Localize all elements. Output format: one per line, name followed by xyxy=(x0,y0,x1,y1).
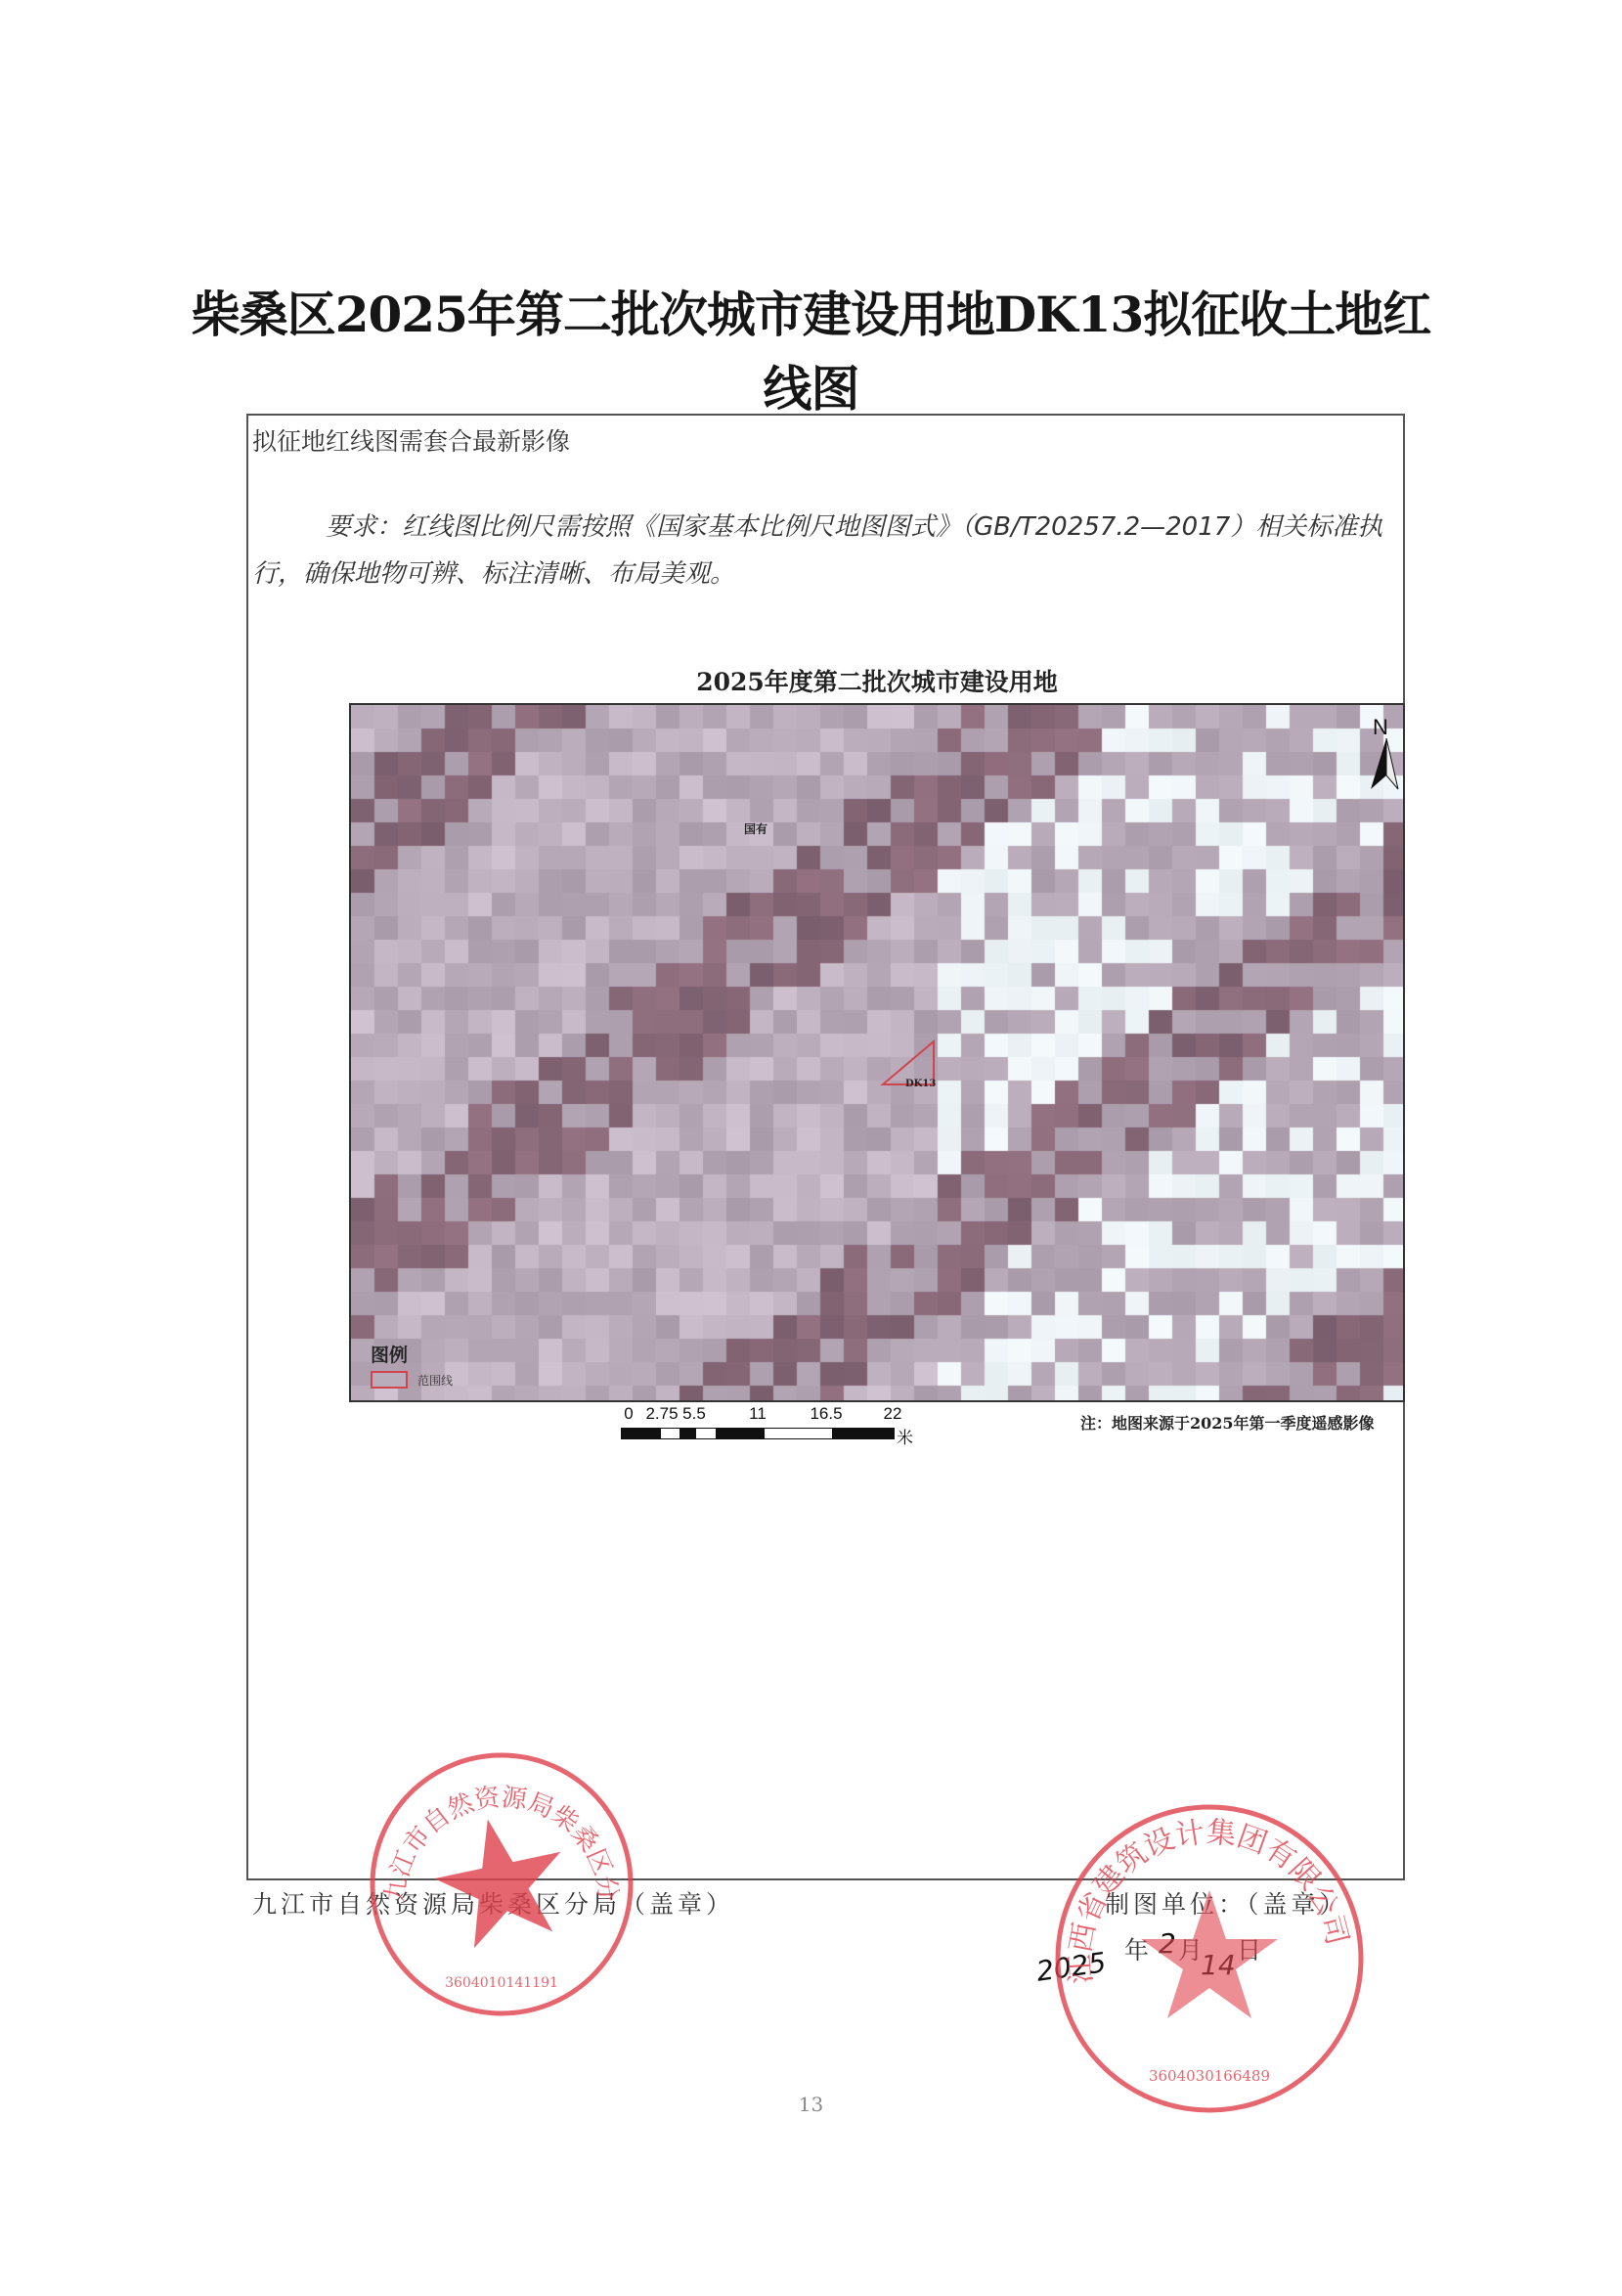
page-number: 13 xyxy=(0,2093,1622,2116)
requirement-text: 要求：红线图比例尺需按照《国家基本比例尺地图图式》（GB/T20257.2—20… xyxy=(252,504,1396,597)
date-month: 2 xyxy=(1159,1927,1176,1960)
date-year-suffix: 年 xyxy=(1124,1931,1149,1966)
scale-tick: 11 xyxy=(749,1404,767,1424)
sign-date: 2025 年 2 月 14 日 xyxy=(1036,1931,1330,1990)
scale-bar: 0 2.75 5.5 11 16.5 22 米 xyxy=(606,1404,978,1463)
issuer-signature: 九江市自然资源局柴桑区分局（盖章） xyxy=(252,1885,734,1921)
scale-tick: 16.5 xyxy=(810,1404,842,1424)
scale-tick: 0 xyxy=(624,1404,633,1424)
legend-label: 范围线 xyxy=(417,1372,453,1389)
drafter-signature: 制图单位：（盖章） xyxy=(1105,1885,1348,1921)
hint-text: 拟征地红线图需套合最新影像 xyxy=(252,422,570,458)
legend-title: 图例 xyxy=(371,1341,453,1367)
date-day-suffix: 日 xyxy=(1237,1931,1261,1966)
map-legend: 图例 范围线 xyxy=(371,1341,453,1389)
date-year: 2025 xyxy=(1034,1946,1108,1988)
map-title: 2025年度第二批次城市建设用地 xyxy=(349,663,1405,698)
north-arrow: N xyxy=(1365,715,1400,793)
legend-swatch xyxy=(371,1371,408,1389)
scale-unit: 米 xyxy=(897,1424,913,1448)
ownership-label: 国有 xyxy=(744,820,767,837)
map-source-note: 注：地图来源于2025年第一季度遥感影像 xyxy=(1080,1411,1403,1434)
scale-tick: 22 xyxy=(884,1404,902,1424)
requirement-body: 要求：红线图比例尺需按照《国家基本比例尺地图图式》（GB/T20257.2—20… xyxy=(252,512,1382,589)
north-arrow-icon xyxy=(1365,736,1400,793)
document-title-line1: 柴桑区2025年第二批次城市建设用地DK13拟征收土地红 xyxy=(0,276,1622,346)
parcel-label: DK13 xyxy=(905,1079,936,1089)
satellite-map: 国有 DK13 N 图例 范围线 xyxy=(349,703,1405,1402)
seal-left-code: 3604010141191 xyxy=(445,1975,558,1991)
scale-tick: 5.5 xyxy=(682,1404,706,1424)
seal-right-code: 3604030166489 xyxy=(1149,2067,1270,2085)
legend-item: 范围线 xyxy=(371,1371,453,1389)
scale-tick: 2.75 xyxy=(645,1404,678,1424)
date-day: 14 xyxy=(1201,1949,1236,1981)
satellite-imagery xyxy=(351,705,1403,1400)
document-title-line2: 线图 xyxy=(0,350,1622,420)
date-month-suffix: 月 xyxy=(1178,1931,1203,1966)
